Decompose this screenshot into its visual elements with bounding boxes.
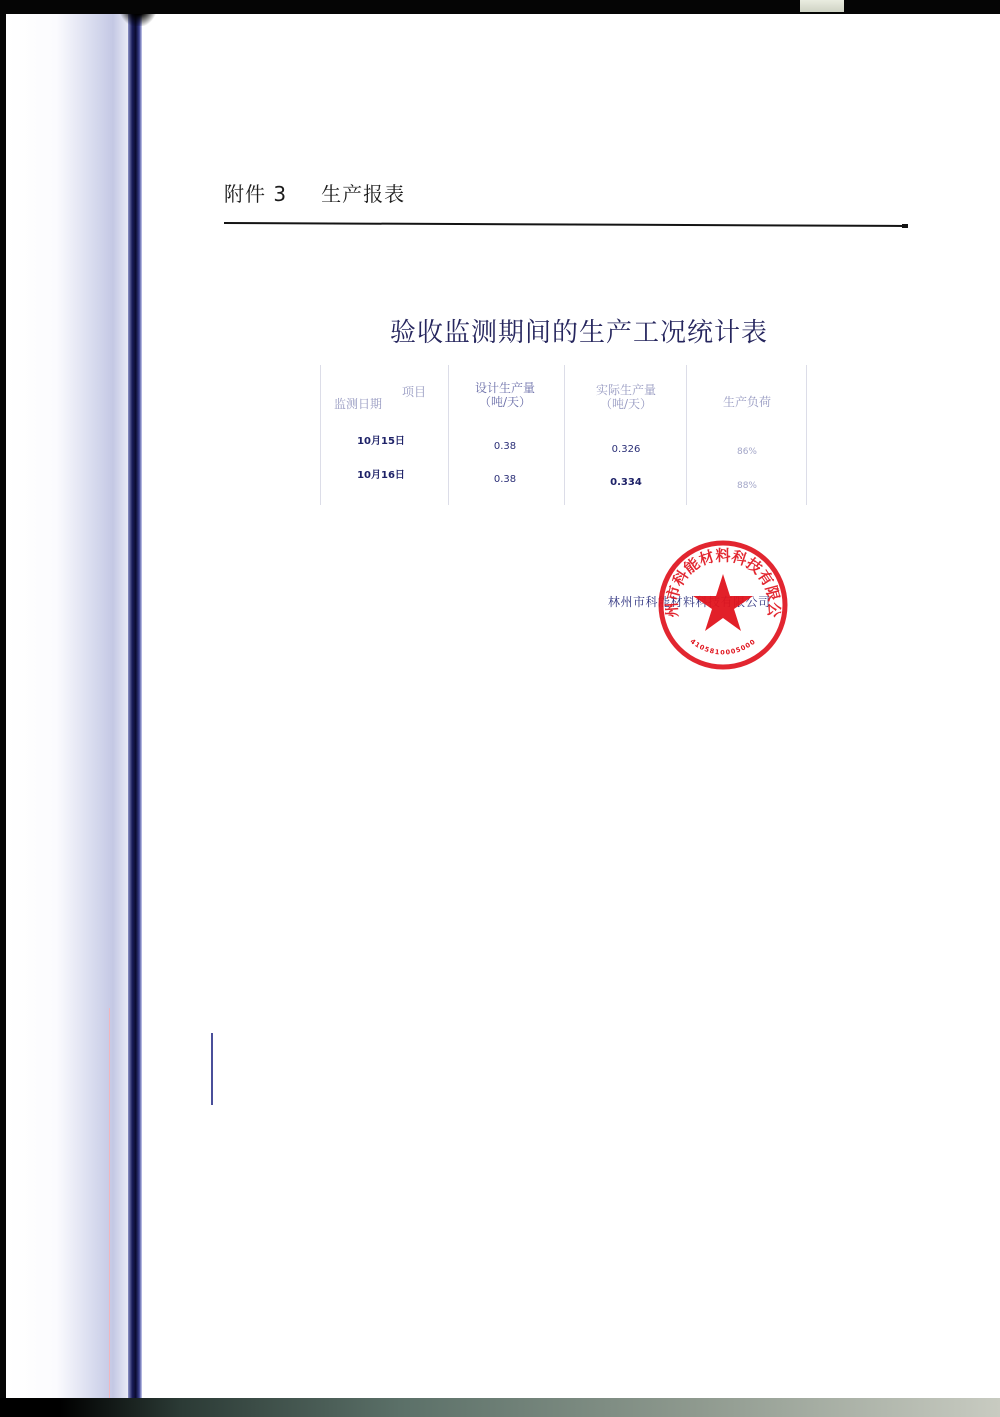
book-gutter [128, 8, 142, 1400]
row-1-actual-output: 0.326 [580, 443, 672, 457]
column-header-load: 生产负荷 [700, 395, 794, 409]
scan-border-bottom [0, 1398, 1000, 1417]
margin-mark [211, 1033, 213, 1105]
page-header: 附件 3生产报表 [224, 178, 405, 207]
row-2-load: 88% [700, 479, 794, 493]
seal-code: 4105810005000 [689, 637, 758, 656]
production-table: 项目 监测日期 设计生产量 （吨/天） 实际生产量 （吨/天） 生产负荷 10月… [320, 365, 808, 505]
company-seal-stamp: 林州市科能材料科技有限公司 4105810005000 [656, 538, 790, 672]
column-unit: （吨/天） [580, 397, 672, 411]
scan-border-top [0, 0, 1000, 14]
row-2-date: 10月16日 [334, 469, 428, 483]
corner-header-date: 监测日期 [328, 397, 388, 411]
attachment-title: 生产报表 [321, 182, 405, 206]
table-border [806, 365, 807, 505]
table-border [320, 365, 321, 505]
row-2-design-output: 0.38 [460, 473, 550, 487]
paper-edge [800, 0, 844, 12]
column-header-design: 设计生产量 （吨/天） [460, 381, 550, 409]
column-label: 实际生产量 [580, 383, 672, 397]
row-1-design-output: 0.38 [460, 440, 550, 454]
previous-page-edge [6, 8, 132, 1400]
svg-text:4105810005000: 4105810005000 [689, 637, 758, 656]
table-title: 验收监测期间的生产工况统计表 [390, 312, 768, 349]
row-1-load: 86% [700, 445, 794, 459]
row-1-date: 10月15日 [334, 435, 428, 449]
corner-header-item: 项目 [392, 385, 436, 399]
star-icon [693, 574, 753, 631]
table-border [686, 365, 687, 505]
table-border [564, 365, 565, 505]
document-page [142, 12, 1000, 1398]
column-header-actual: 实际生产量 （吨/天） [580, 383, 672, 411]
page-margin-line [109, 1008, 110, 1398]
row-2-actual-output: 0.334 [580, 476, 672, 490]
attachment-label: 附件 3 [224, 182, 287, 206]
table-border [448, 365, 449, 505]
column-unit: （吨/天） [460, 395, 550, 409]
column-label: 设计生产量 [460, 381, 550, 395]
